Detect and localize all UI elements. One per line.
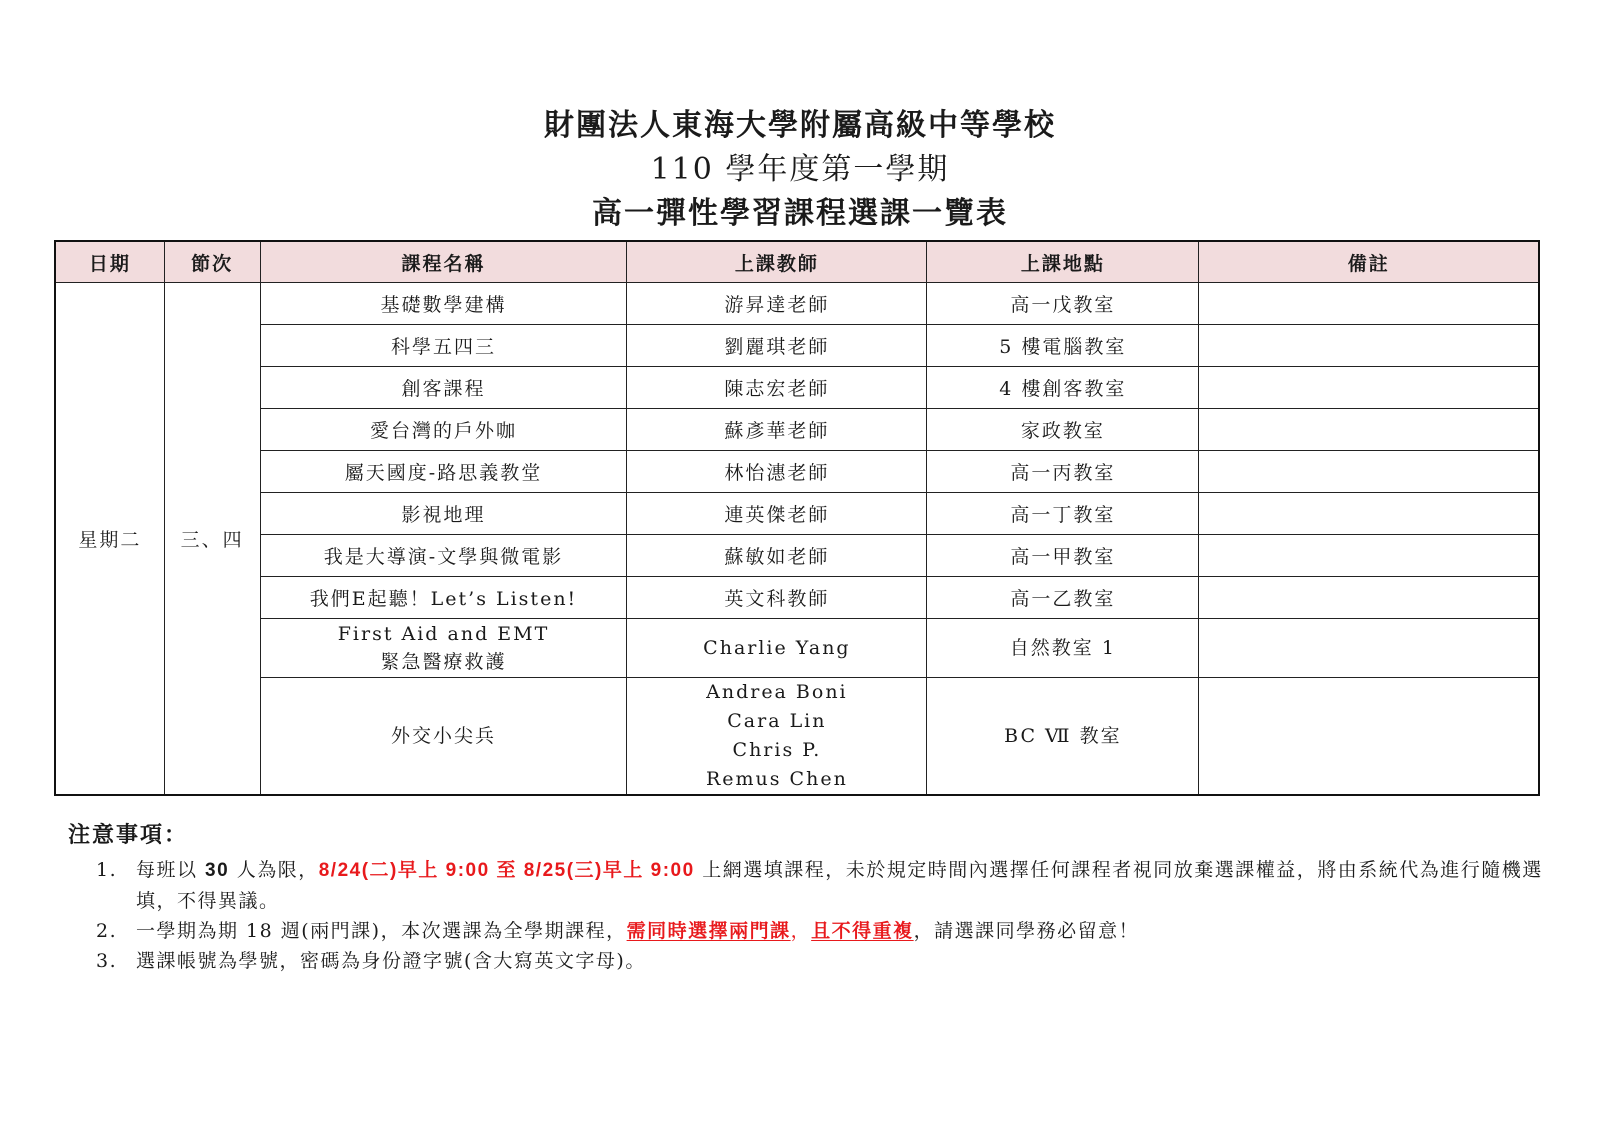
- school-name: 財團法人東海大學附屬高級中等學校: [0, 104, 1600, 148]
- selection-period: 8/24(二)早上 9:00 至 8/25(三)早上 9:00: [319, 860, 695, 881]
- teacher-cell: 蘇敏如老師: [627, 535, 927, 577]
- header-period: 節次: [164, 241, 260, 283]
- teacher-cell: 英文科教師: [627, 577, 927, 619]
- semester-title: 110 學年度第一學期: [0, 148, 1600, 192]
- note-cell: [1199, 451, 1539, 493]
- course-cell: 愛台灣的戶外咖: [260, 409, 627, 451]
- course-cell: 科學五四三: [260, 325, 627, 367]
- note-cell: [1199, 409, 1539, 451]
- day-cell: 星期二: [55, 283, 164, 796]
- teacher-cell: 林怡潓老師: [627, 451, 927, 493]
- location-cell: 高一乙教室: [927, 577, 1199, 619]
- note-cell: [1199, 283, 1539, 325]
- note-cell: [1199, 325, 1539, 367]
- teacher-name: Cara Lin: [631, 707, 922, 736]
- table-row: 我們E起聽！Let’s Listen! 英文科教師 高一乙教室: [55, 577, 1539, 619]
- note-item-1: 1. 每班以 30 人為限，8/24(二)早上 9:00 至 8/25(三)早上…: [68, 855, 1548, 916]
- course-cell: 我是大導演-文學與微電影: [260, 535, 627, 577]
- notes-section: 注意事項： 1. 每班以 30 人為限，8/24(二)早上 9:00 至 8/2…: [68, 818, 1548, 976]
- document-title: 財團法人東海大學附屬高級中等學校 110 學年度第一學期 高一彈性學習課程選課一…: [0, 104, 1600, 236]
- table-row: 屬天國度-路思義教堂 林怡潓老師 高一丙教室: [55, 451, 1539, 493]
- note-number: 3.: [96, 946, 117, 976]
- note-cell: [1199, 619, 1539, 678]
- location-cell: 高一戊教室: [927, 283, 1199, 325]
- table-row: First Aid and EMT 緊急醫療救護 Charlie Yang 自然…: [55, 619, 1539, 678]
- course-cell: 影視地理: [260, 493, 627, 535]
- teacher-cell: 劉麗琪老師: [627, 325, 927, 367]
- note-cell: [1199, 493, 1539, 535]
- period-cell: 三、四: [164, 283, 260, 796]
- table-header-row: 日期 節次 課程名稱 上課教師 上課地點 備註: [55, 241, 1539, 283]
- teacher-cell: 陳志宏老師: [627, 367, 927, 409]
- course-cell: 我們E起聽！Let’s Listen!: [260, 577, 627, 619]
- note-text: 一學期為期 18 週(兩門課)，本次選課為全學期課程，: [136, 920, 627, 942]
- course-table: 日期 節次 課程名稱 上課教師 上課地點 備註 星期二 三、四 基礎數學建構 游…: [54, 240, 1540, 796]
- notes-list: 1. 每班以 30 人為限，8/24(二)早上 9:00 至 8/25(三)早上…: [68, 855, 1548, 976]
- table-row: 外交小尖兵 Andrea Boni Cara Lin Chris P. Remu…: [55, 678, 1539, 796]
- note-separator: ，: [791, 920, 812, 942]
- table-row: 星期二 三、四 基礎數學建構 游昇達老師 高一戊教室: [55, 283, 1539, 325]
- note-cell: [1199, 367, 1539, 409]
- teacher-name: Remus Chen: [631, 765, 922, 794]
- location-cell: 高一甲教室: [927, 535, 1199, 577]
- note-text: 每班以: [136, 859, 205, 881]
- location-cell: 4 樓創客教室: [927, 367, 1199, 409]
- teacher-cell: Charlie Yang: [627, 619, 927, 678]
- course-cell: 屬天國度-路思義教堂: [260, 451, 627, 493]
- course-cell: 創客課程: [260, 367, 627, 409]
- location-cell: 自然教室 1: [927, 619, 1199, 678]
- location-cell: 家政教室: [927, 409, 1199, 451]
- list-title: 高一彈性學習課程選課一覽表: [0, 192, 1600, 236]
- location-cell: 高一丁教室: [927, 493, 1199, 535]
- location-cell: 5 樓電腦教室: [927, 325, 1199, 367]
- teacher-cell: 游昇達老師: [627, 283, 927, 325]
- table-row: 影視地理 連英傑老師 高一丁教室: [55, 493, 1539, 535]
- course-cell: First Aid and EMT 緊急醫療救護: [260, 619, 627, 678]
- header-date: 日期: [55, 241, 164, 283]
- note-text: 選課帳號為學號，密碼為身份證字號(含大寫英文字母)。: [136, 950, 646, 972]
- location-cell: BC Ⅶ 教室: [927, 678, 1199, 796]
- note-item-2: 2. 一學期為期 18 週(兩門課)，本次選課為全學期課程，需同時選擇兩門課，且…: [68, 916, 1548, 946]
- teacher-name: Chris P.: [631, 736, 922, 765]
- course-cell: 基礎數學建構: [260, 283, 627, 325]
- header-course: 課程名稱: [260, 241, 627, 283]
- header-teacher: 上課教師: [627, 241, 927, 283]
- header-location: 上課地點: [927, 241, 1199, 283]
- note-cell: [1199, 577, 1539, 619]
- header-note: 備註: [1199, 241, 1539, 283]
- teacher-cell: 蘇彥華老師: [627, 409, 927, 451]
- note-text: ，請選課同學務必留意！: [914, 920, 1140, 942]
- warning-choose-two: 需同時選擇兩門課: [627, 920, 791, 942]
- class-limit: 30: [205, 860, 229, 881]
- teacher-name: Andrea Boni: [631, 678, 922, 707]
- course-name-en: First Aid and EMT: [265, 620, 623, 648]
- notes-title: 注意事項：: [68, 818, 1548, 849]
- warning-no-duplicate: 且不得重複: [811, 920, 914, 942]
- note-text: 人為限，: [229, 859, 319, 881]
- note-cell: [1199, 535, 1539, 577]
- note-cell: [1199, 678, 1539, 796]
- table-row: 愛台灣的戶外咖 蘇彥華老師 家政教室: [55, 409, 1539, 451]
- note-number: 1.: [96, 855, 117, 885]
- course-name-zh: 緊急醫療救護: [265, 648, 623, 676]
- table-row: 創客課程 陳志宏老師 4 樓創客教室: [55, 367, 1539, 409]
- note-number: 2.: [96, 916, 117, 946]
- note-item-3: 3. 選課帳號為學號，密碼為身份證字號(含大寫英文字母)。: [68, 946, 1548, 976]
- table-row: 我是大導演-文學與微電影 蘇敏如老師 高一甲教室: [55, 535, 1539, 577]
- location-cell: 高一丙教室: [927, 451, 1199, 493]
- course-cell: 外交小尖兵: [260, 678, 627, 796]
- teacher-cell: 連英傑老師: [627, 493, 927, 535]
- table-row: 科學五四三 劉麗琪老師 5 樓電腦教室: [55, 325, 1539, 367]
- teacher-cell: Andrea Boni Cara Lin Chris P. Remus Chen: [627, 678, 927, 796]
